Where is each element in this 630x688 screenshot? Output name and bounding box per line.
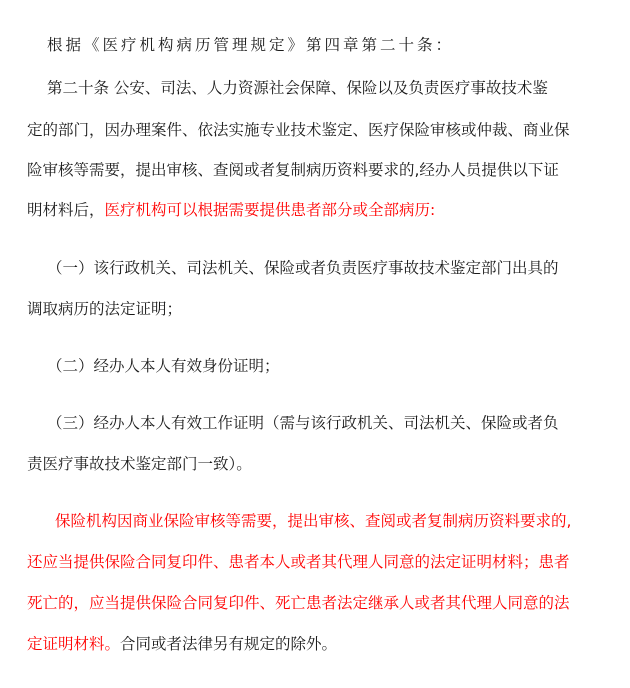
- insurance-line-4: 定证明材料。合同或者法律另有规定的除外。: [27, 634, 337, 654]
- article-highlight: 医疗机构可以根据需要提供患者部分或全部病历:: [105, 201, 436, 219]
- article-line-1: 第二十条 公安、司法、人力资源社会保障、保险以及负责医疗事故技术鉴: [47, 78, 548, 98]
- insurance-line-4-highlight: 定证明材料。: [27, 635, 120, 653]
- item-3-line-1: （三）经办人本人有效工作证明（需与该行政机关、司法机关、保险或者负: [47, 413, 559, 433]
- item-2-line-1: （二）经办人本人有效身份证明；: [47, 356, 280, 376]
- item-1-line-1: （一）该行政机关、司法机关、保险或者负责医疗事故技术鉴定部门出具的: [47, 258, 559, 278]
- article-line-2: 定的部门，因办理案件、依法实施专业技术鉴定、医疗保险审核或仲裁、商业保: [27, 120, 570, 140]
- item-3-line-2: 责医疗事故技术鉴定部门一致）。: [27, 454, 252, 474]
- insurance-line-3: 死亡的，应当提供保险合同复印件、死亡患者法定继承人或者其代理人同意的法: [27, 593, 570, 613]
- insurance-line-4-suffix: 合同或者法律另有规定的除外。: [120, 635, 337, 653]
- document-heading: 根据《医疗机构病历管理规定》第四章第二十条：: [47, 35, 454, 55]
- insurance-line-1: 保险机构因商业保险审核等需要，提出审核、查阅或者复制病历资料要求的,: [55, 511, 571, 531]
- item-1-line-2: 调取病历的法定证明；: [27, 299, 182, 319]
- article-line-4-prefix: 明材料后，: [27, 201, 105, 219]
- insurance-line-2: 还应当提供保险合同复印件、患者本人或者其代理人同意的法定证明材料；患者: [27, 552, 570, 572]
- article-line-3: 险审核等需要，提出审核、查阅或者复制病历资料要求的,经办人员提供以下证: [27, 160, 559, 180]
- article-line-4: 明材料后，医疗机构可以根据需要提供患者部分或全部病历:: [27, 200, 435, 220]
